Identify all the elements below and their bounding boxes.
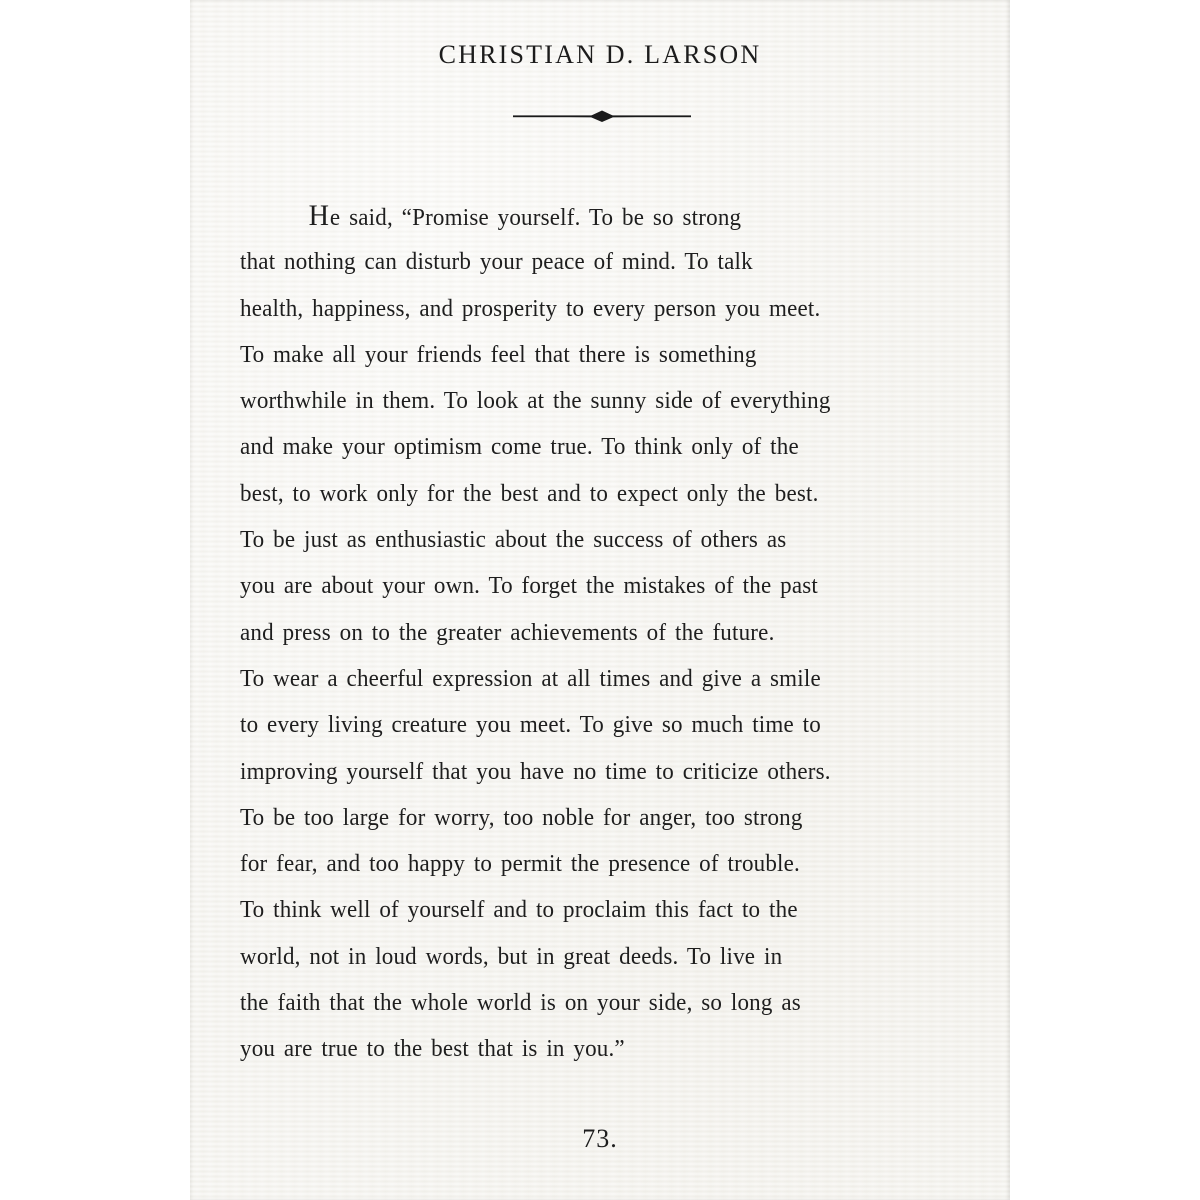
- quote-body: He said, “Promise yourself. To be so str…: [240, 193, 960, 1073]
- quote-line: To wear a cheerful expression at all tim…: [240, 656, 917, 702]
- quote-line: for fear, and too happy to permit the pr…: [240, 841, 917, 887]
- page-number: 73.: [190, 1124, 1010, 1154]
- quote-line: To be just as enthusiastic about the suc…: [240, 517, 917, 563]
- quote-line: health, happiness, and prosperity to eve…: [240, 286, 917, 332]
- quote-line: To make all your friends feel that there…: [240, 332, 917, 378]
- quote-line: worthwhile in them. To look at the sunny…: [240, 378, 917, 424]
- author-title: CHRISTIAN D. LARSON: [190, 40, 1010, 70]
- quote-line: and press on to the greater achievements…: [240, 610, 917, 656]
- quote-line: world, not in loud words, but in great d…: [240, 934, 917, 980]
- quote-line: to every living creature you meet. To gi…: [240, 702, 917, 748]
- quote-line: improving yourself that you have no time…: [240, 749, 917, 795]
- quote-line: you are about your own. To forget the mi…: [240, 563, 917, 609]
- quote-line: He said, “Promise yourself. To be so str…: [240, 193, 917, 239]
- quote-line: the faith that the whole world is on you…: [240, 980, 917, 1026]
- quote-line: To be too large for worry, too noble for…: [240, 795, 917, 841]
- quote-line: that nothing can disturb your peace of m…: [240, 239, 917, 285]
- print-canvas: CHRISTIAN D. LARSON He said, “Promise yo…: [190, 0, 1010, 1200]
- quote-line: and make your optimism come true. To thi…: [240, 424, 917, 470]
- diamond-rule-ornament-icon: [513, 107, 691, 125]
- quote-line: best, to work only for the best and to e…: [240, 471, 917, 517]
- drop-cap: H: [309, 199, 330, 232]
- quote-line: you are true to the best that is in you.…: [240, 1026, 917, 1072]
- quote-line: To think well of yourself and to proclai…: [240, 887, 917, 933]
